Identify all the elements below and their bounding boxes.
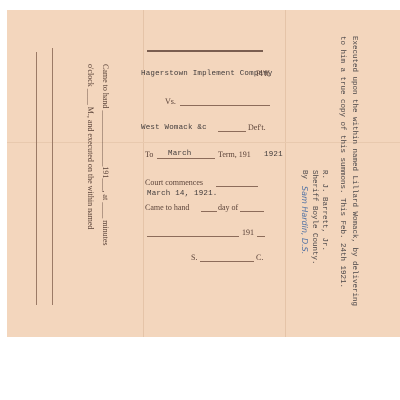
plaintiff-suffix: Pl'ff. <box>256 69 271 78</box>
to-label: To <box>145 150 153 159</box>
margin-rule <box>52 48 53 305</box>
court-commences-rule <box>216 186 258 187</box>
by-label: By <box>300 170 308 179</box>
term-value: March <box>168 150 192 158</box>
month-rule <box>240 211 264 212</box>
fold-line <box>285 10 286 337</box>
return-line-1: Executed upon the within named Lillard W… <box>350 36 358 306</box>
plaintiff-name: Hagerstown Implement Company <box>141 70 273 78</box>
term-rule <box>157 158 215 159</box>
court-commences-date: March 14, 1921. <box>147 190 218 198</box>
term-year: 1921 <box>264 151 283 159</box>
return-line-2: to him a true copy of this summons. This… <box>338 36 346 288</box>
margin-rule <box>36 52 37 305</box>
came-to-hand-label: Came to hand <box>145 203 189 212</box>
versus-rule <box>180 105 270 106</box>
day-of-label: day of <box>218 203 238 212</box>
return-signer: R. J. Barrett, Jr. <box>320 170 328 251</box>
court-commences-label: Court commences <box>145 178 203 187</box>
term-label: Term, 191 <box>218 150 251 159</box>
clerk-rule <box>200 261 254 262</box>
came-to-hand-margin-text: Came to hand ______________191___, at __… <box>101 64 110 246</box>
executed-margin-text: o'clock ____ M., and executed on the wit… <box>86 64 95 229</box>
header-rule <box>147 50 263 52</box>
defendant-name: West Womack &c <box>141 124 207 132</box>
c-label: C. <box>256 253 263 262</box>
return-office: Sheriff Boyle County. <box>310 170 318 265</box>
defendant-suffix: Def't. <box>248 123 266 132</box>
versus-label: Vs. <box>165 97 176 106</box>
year-label: 191 <box>242 228 254 237</box>
day-rule <box>201 211 217 212</box>
date-rule <box>147 236 239 237</box>
deputy-signature: Sam Hardin, D.S. <box>300 186 309 254</box>
s-label: S. <box>191 253 197 262</box>
fold-line <box>143 10 144 337</box>
year-rule <box>257 236 265 237</box>
defendant-rule <box>218 131 246 132</box>
